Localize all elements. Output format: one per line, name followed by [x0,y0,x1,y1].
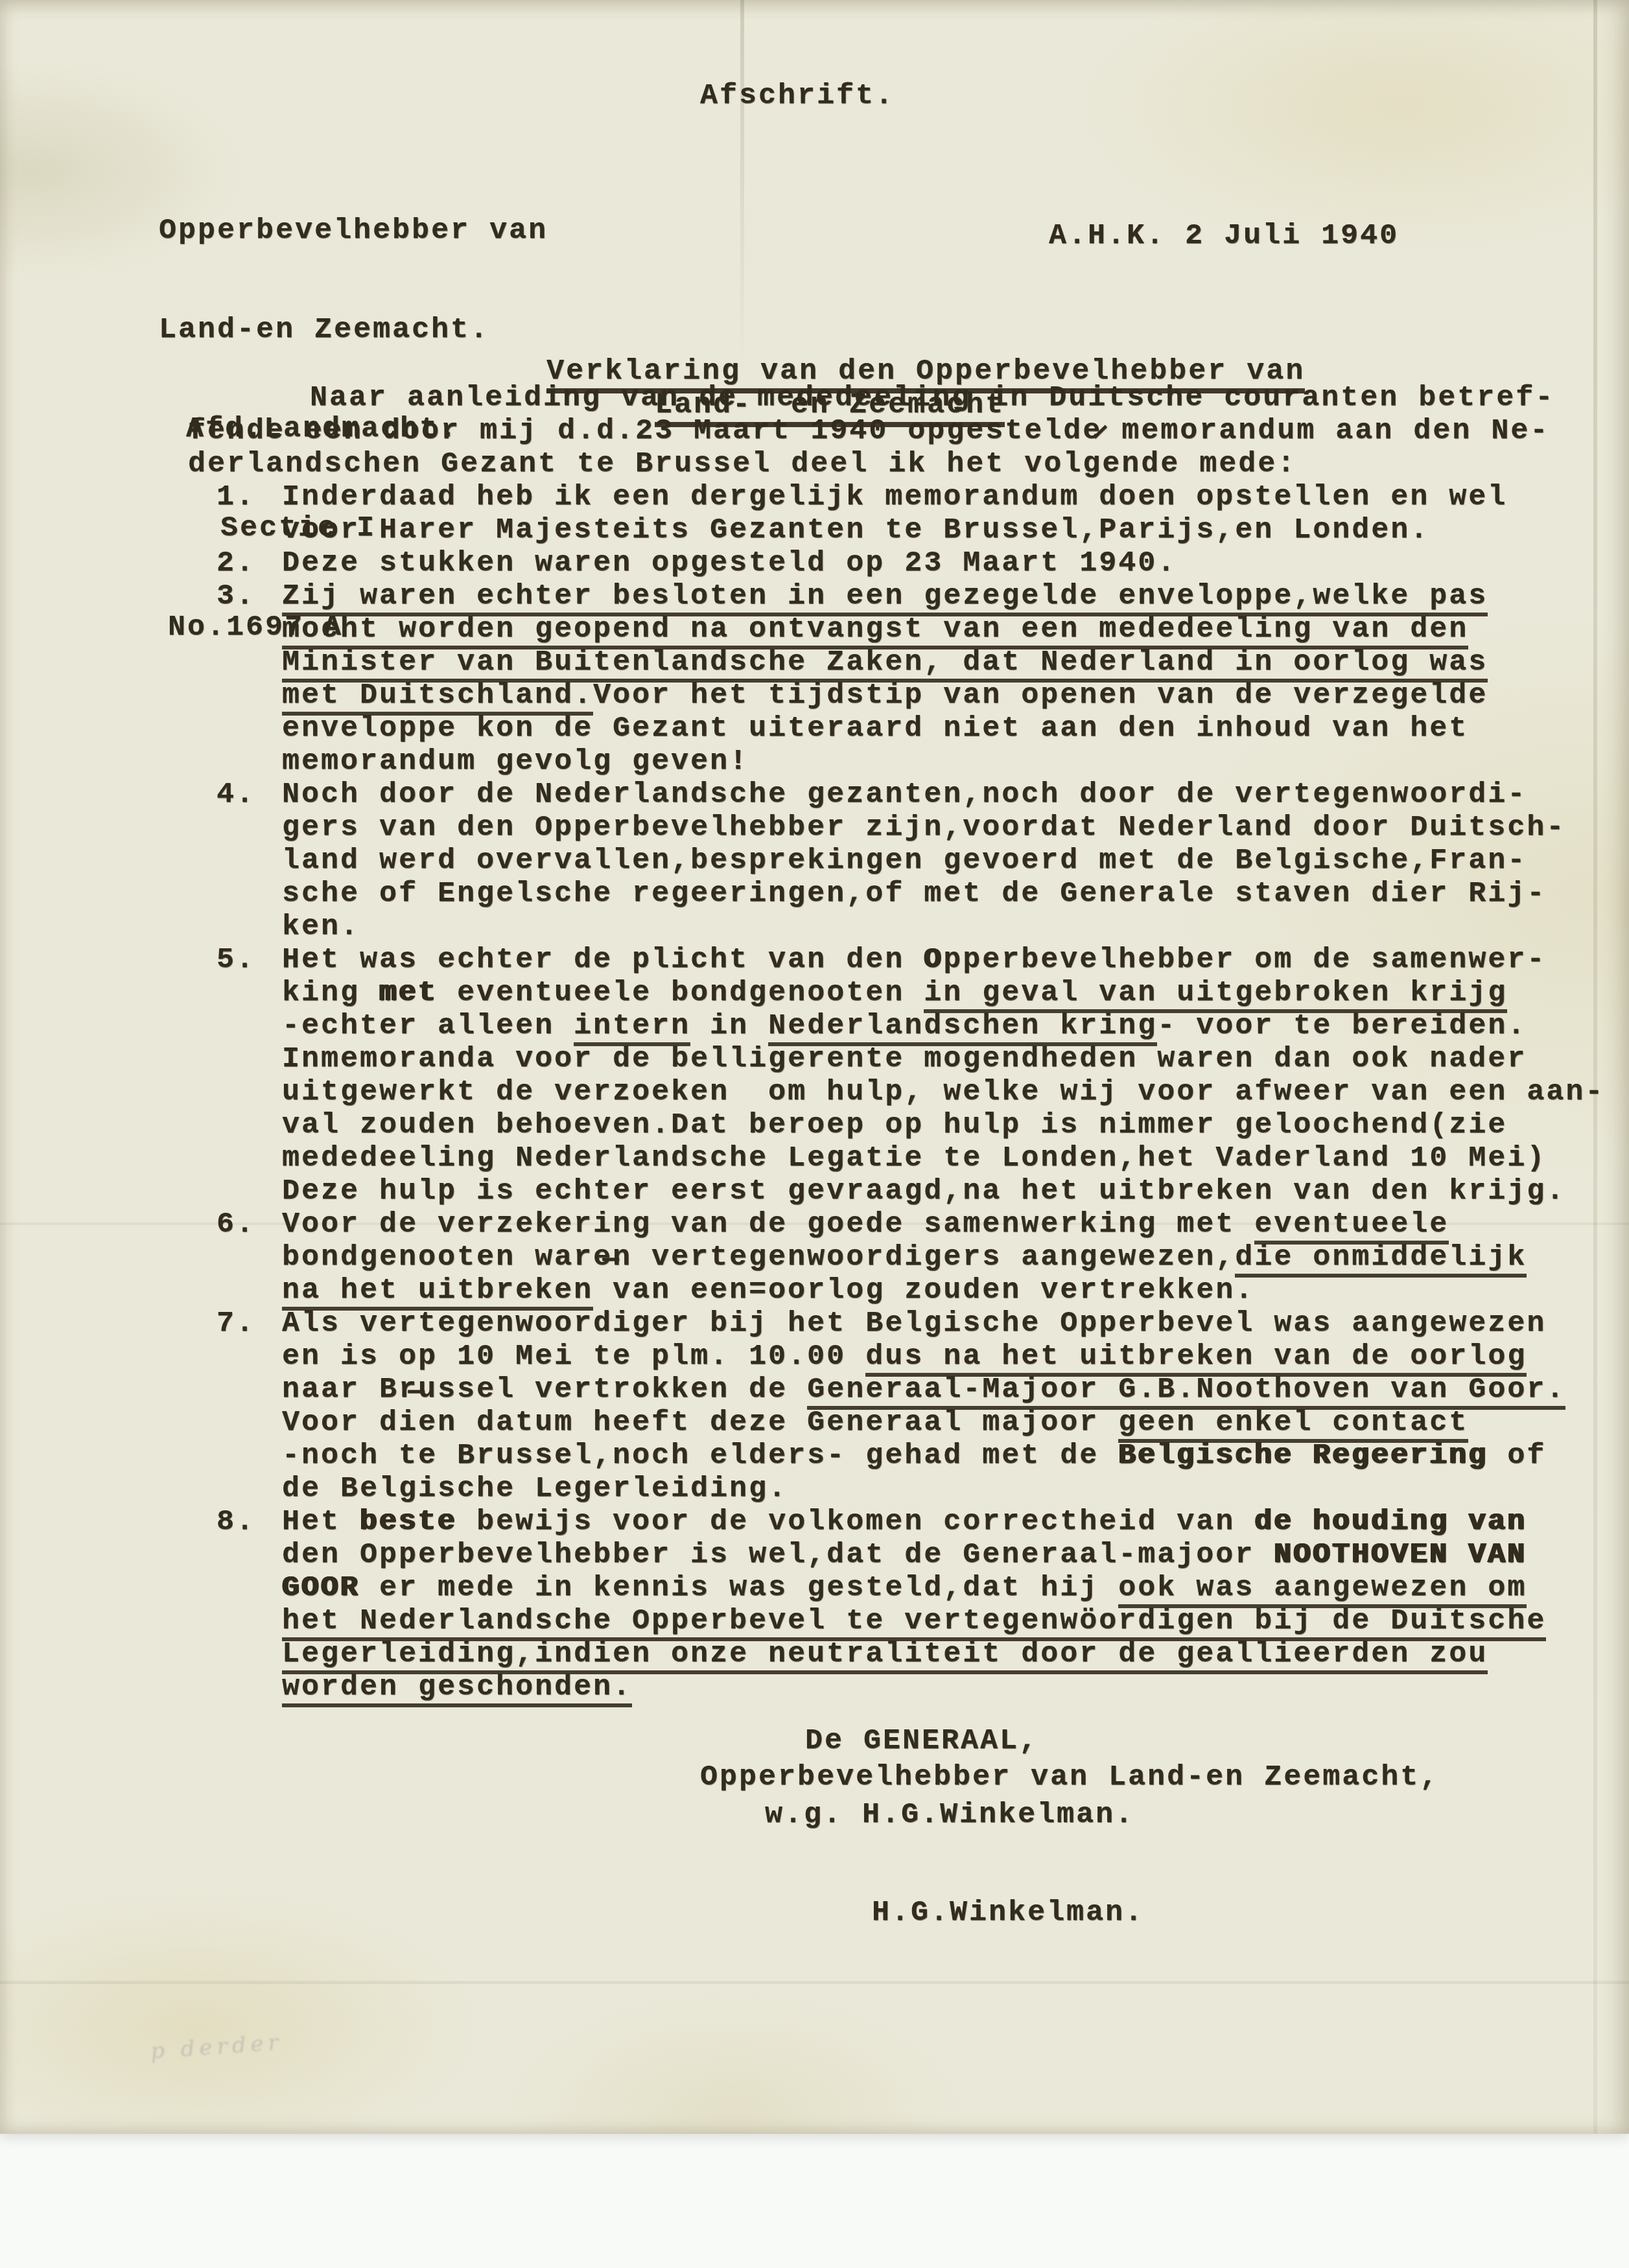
typed-text: Voor dien datum heeft deze Generaal majo… [282,1406,1118,1439]
typed-text: bondgenooten ware̶n vertegenwoordigers a… [282,1241,1235,1274]
typed-text: Inderdaad heb ik een dergelijk memorandu… [282,480,1507,513]
body-line: Inmemoranda voor de belligerente mogendh… [188,1042,1601,1075]
body-line: Voor dien datum heeft deze Generaal majo… [188,1406,1601,1439]
underlined-text: Legerleiding,indien onze neutraliteit do… [282,1637,1488,1674]
typed-text: pperbevelhebber om de samenwer- [943,943,1546,976]
item-number: 6. [217,1208,255,1241]
underlined-text: worden geschonden. [282,1670,632,1707]
typed-text: voor Harer Majesteits Gezanten te Brusse… [282,513,1429,546]
body-line: Legerleiding,indien onze neutraliteit do… [188,1637,1601,1670]
paper-sheet: Afschrift. Opperbevelhebber van Land-en … [0,0,1629,2134]
underlined-text: eventueele [1254,1208,1449,1245]
paper-crease [740,0,744,376]
typed-name: H.G.Winkelman. [872,1896,1144,1929]
underlined-text: die onmiddelijk [1235,1241,1527,1278]
body-line: Deze hulp is echter eerst gevraagd,na he… [188,1175,1601,1208]
signature-line-function: Opperbevelhebber van Land-en Zeemacht, [700,1760,1439,1794]
underlined-text: na het uitbreken [282,1274,593,1311]
body-line: memorandum gevolg geven! [188,745,1601,778]
overtyped-text: NOOTHOVEN VAN [1274,1538,1527,1571]
body-line: bondgenooten ware̶n vertegenwoordigers a… [188,1241,1601,1274]
underlined-text: mocht worden geopend na ontvangst van ee… [282,613,1468,649]
body-line: derlandschen Gezant te Brussel deel ik h… [188,447,1601,480]
underlined-text: Generaal-Majoor G.B.Noothoven van Goor. [807,1373,1565,1410]
typed-text: eventueele bondgenooten [438,976,924,1009]
typed-text: bewijs voor de volkomen correctheid van [457,1505,1254,1538]
body-line: 4.Noch door de Nederlandsche gezanten,no… [188,778,1601,811]
typed-text: Als vertegenwoordiger bij het Belgische … [282,1307,1546,1340]
scanned-document-page: { "colors": { "paper": "#eae8d8", "ink":… [0,0,1629,2268]
body-line: na het uitbreken van een=oorlog zouden v… [188,1274,1601,1307]
typed-text: -echter alleen [282,1009,574,1042]
body-line: land werd overvallen,besprekingen gevoer… [188,844,1601,877]
body-line: 8.Het beste bewijs voor de volkomen corr… [188,1505,1601,1538]
typed-text: uitgewerkt de verzoeken om hulp, welke w… [282,1075,1604,1108]
typed-text: de Belgische Legerleiding. [282,1472,788,1505]
body-line: 6.Voor de verzekering van de goede samen… [188,1208,1601,1241]
underlined-text: geen enkel contact [1118,1406,1468,1443]
typed-text: Voor het tijdstip van openen van de verz… [593,679,1488,712]
body-line: den Opperbevelhebber is wel,dat de Gener… [188,1538,1601,1571]
overtyped-text: beste [360,1505,457,1538]
body-line: 1.Inderdaad heb ik een dergelijk memoran… [188,480,1601,513]
item-number: 2. [217,546,255,579]
typed-text: den Opperbevelhebber is wel,dat de Gener… [282,1538,1274,1571]
underlined-text: in geval van uitgebroken krijg [924,976,1507,1013]
paper-crease [0,1981,1629,1984]
underlined-text: ook was aangewezen om [1118,1571,1527,1608]
body-line: enveloppe kon de Gezant uiteraard niet a… [188,712,1601,745]
overtyped-text: Belgische Regeering [1118,1439,1488,1472]
typed-text: Het was echter de plicht van den [282,943,924,976]
body-line: val zouden behoeven.Dat beroep op hulp i… [188,1108,1601,1141]
body-line: voor Harer Majesteits Gezanten te Brusse… [188,513,1601,546]
overtyped-text: GOOR [282,1571,360,1604]
item-number: 3. [217,579,255,613]
body-line: Minister van Buitenlandsche Zaken, dat N… [188,646,1601,679]
typed-text: king [282,976,379,1009]
body-line: -noch te Brussel,noch elders- gehad met … [188,1439,1601,1472]
item-number: 1. [217,480,255,513]
item-number: 8. [217,1505,255,1538]
body-line: en is op 10 Mei te plm. 10.00 dus na het… [188,1340,1601,1373]
copy-label: Afschrift. [700,79,895,112]
body-line: sche of Engelsche regeeringen,of met de … [188,877,1601,910]
typed-text: memorandum gevolg geven! [282,745,749,778]
body-line: gers van den Opperbevelhebber zijn,voord… [188,811,1601,844]
typed-text: Deze hulp is echter eerst gevraagd,na he… [282,1175,1565,1208]
signature-line-role: De GENERAAL, [805,1724,1038,1757]
typed-text: gers van den Opperbevelhebber zijn,voord… [282,811,1565,844]
underlined-text: met Duitschland. [282,679,593,716]
typed-text: van een=oorlog zouden vertrekken. [593,1274,1254,1307]
body-line: 3.Zij waren echter besloten in een gezeg… [188,579,1601,613]
signature-line-signed: w.g. H.G.Winkelman. [765,1798,1134,1831]
typed-text: Voor de verzekering van de goede samenwe… [282,1208,1254,1241]
pencil-annotation: p derder [150,2029,284,2064]
typed-text: mededeeling Nederlandsche Legatie te Lon… [282,1141,1546,1175]
body-line: mocht worden geopend na ontvangst van ee… [188,613,1601,646]
typed-text: Deze stukken waren opgesteld op 23 Maart… [282,546,1177,579]
typed-text: Noch door de Nederlandsche gezanten,noch… [282,778,1527,811]
typed-text: derlandschen Gezant te Brussel deel ik h… [188,447,1296,480]
typed-text: Het [282,1505,360,1538]
typed-text: er mede in kennis was gesteld,dat hij [360,1571,1118,1604]
typed-text: - voor te bereiden. [1157,1009,1527,1042]
body-line: 5.Het was echter de plicht van den Opper… [188,943,1601,976]
overtyped-text: de houding van [1254,1505,1527,1538]
typed-text: en is op 10 Mei te plm. 10.00 [282,1340,865,1373]
dateline: A.H.K. 2 Juli 1940 [1049,219,1399,252]
item-number: 7. [217,1307,255,1340]
body-line: 2.Deze stukken waren opgesteld op 23 Maa… [188,546,1601,579]
body-line: de Belgische Legerleiding. [188,1472,1601,1505]
underlined-text: Zij waren echter besloten in een gezegel… [282,579,1488,616]
letterhead-line: Opperbevelhebber van [159,214,548,247]
typed-text: Naar aanleiding van de mededeeling in Du… [310,381,1554,414]
underlined-text: intern [574,1009,690,1046]
document-body: Naar aanleiding van de mededeeling in Du… [188,381,1601,1703]
body-line: worden geschonden. [188,1670,1601,1703]
item-number: 4. [217,778,255,811]
body-line: mededeeling Nederlandsche Legatie te Lon… [188,1141,1601,1175]
body-line: 7.Als vertegenwoordiger bij het Belgisch… [188,1307,1601,1340]
body-line: ken. [188,910,1601,943]
underlined-text: dus na het uitbreken van de oorlog [865,1340,1527,1377]
typed-text: -noch te Brussel,noch elders- gehad met … [282,1439,1118,1472]
underlined-text: het Nederlandsche Opperbevel te vertegen… [282,1604,1546,1641]
typed-text: naar Br̶ussel vertrokken de [282,1373,807,1406]
body-line: fende een door mij d.d.23 Maart 1940 opg… [188,414,1601,447]
underlined-text: Nederlandschen kring [768,1009,1157,1046]
typed-text: land werd overvallen,besprekingen gevoer… [282,844,1527,877]
body-line: met Duitschland.Voor het tijdstip van op… [188,679,1601,712]
typed-text: of [1488,1439,1546,1472]
typed-text: Inmemoranda voor de belligerente mogendh… [282,1042,1527,1075]
typed-text: val zouden behoeven.Dat beroep op hulp i… [282,1108,1507,1141]
overtyped-text: O [924,943,943,976]
body-line: uitgewerkt de verzoeken om hulp, welke w… [188,1075,1601,1108]
body-line: Naar aanleiding van de mededeeling in Du… [188,381,1601,414]
body-line: naar Br̶ussel vertrokken de Generaal-Maj… [188,1373,1601,1406]
overtyped-text: met [379,976,438,1009]
typed-text: enveloppe kon de Gezant uiteraard niet a… [282,712,1468,745]
typed-text: in [690,1009,768,1042]
underlined-text: Minister van Buitenlandsche Zaken, dat N… [282,646,1488,683]
item-number: 5. [217,943,255,976]
body-line: -echter alleen intern in Nederlandschen … [188,1009,1601,1042]
typed-text: fende een door mij d.d.23 Maart 1940 opg… [188,414,1549,447]
body-line: GOOR er mede in kennis was gesteld,dat h… [188,1571,1601,1604]
typed-text: ken. [282,910,360,943]
body-line: king met eventueele bondgenooten in geva… [188,976,1601,1009]
body-line: het Nederlandsche Opperbevel te vertegen… [188,1604,1601,1637]
typed-text: sche of Engelsche regeeringen,of met de … [282,877,1546,910]
